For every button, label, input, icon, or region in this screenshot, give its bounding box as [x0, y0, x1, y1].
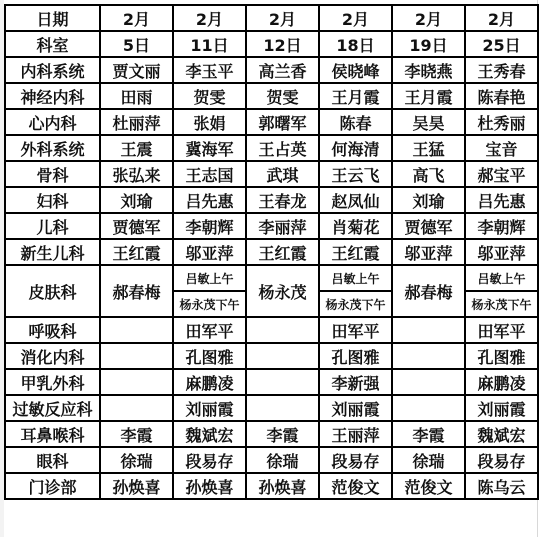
staff-cell[interactable]: 田军平	[465, 317, 538, 343]
staff-cell[interactable]: 高兰香	[246, 57, 319, 83]
dept-cell[interactable]: 过敏反应科	[5, 395, 100, 421]
staff-cell[interactable]	[246, 317, 319, 343]
table-row: 耳鼻喉科 李霞 魏斌宏 李霞 王丽萍 李霞 魏斌宏	[5, 421, 538, 447]
header-row-day: 科室 5日 11日 12日 18日 19日 25日	[5, 31, 538, 57]
staff-cell[interactable]: 陈春艳	[465, 83, 538, 109]
staff-cell[interactable]: 王月霞	[319, 83, 392, 109]
staff-cell[interactable]: 王红霞	[100, 239, 173, 265]
staff-cell[interactable]: 李朝辉	[465, 213, 538, 239]
staff-cell[interactable]	[246, 369, 319, 395]
staff-cell[interactable]: 刘丽霞	[319, 395, 392, 421]
staff-cell[interactable]: 贾德军	[100, 213, 173, 239]
staff-cell[interactable]: 杜丽萍	[100, 109, 173, 135]
staff-cell[interactable]: 段易存	[173, 447, 246, 473]
staff-cell[interactable]: 刘丽霞	[465, 395, 538, 421]
table-row: 妇科 刘瑜 吕先惠 王春龙 赵凤仙 刘瑜 吕先惠	[5, 187, 538, 213]
staff-cell[interactable]: 杨永茂	[246, 265, 319, 317]
staff-cell[interactable]	[392, 317, 465, 343]
month-cell[interactable]: 2月	[246, 5, 319, 31]
staff-cell[interactable]: 陈春	[319, 109, 392, 135]
staff-cell[interactable]: 王云飞	[319, 161, 392, 187]
table-row: 眼科 徐瑞 段易存 徐瑞 段易存 徐瑞 段易存	[5, 447, 538, 473]
staff-cell[interactable]: 李玉平	[173, 57, 246, 83]
staff-cell[interactable]: 田军平	[173, 317, 246, 343]
day-cell[interactable]: 18日	[319, 31, 392, 57]
staff-cell[interactable]: 张娟	[173, 109, 246, 135]
staff-cell[interactable]	[392, 369, 465, 395]
staff-cell[interactable]: 李朝辉	[173, 213, 246, 239]
staff-cell[interactable]: 李霞	[246, 421, 319, 447]
staff-cell[interactable]: 范俊文	[392, 473, 465, 499]
day-cell[interactable]: 25日	[465, 31, 538, 57]
dept-cell[interactable]: 甲乳外科	[5, 369, 100, 395]
table-row: 心内科 杜丽萍 张娟 郭曙军 陈春 吴昊 杜秀丽	[5, 109, 538, 135]
staff-cell[interactable]: 邬亚萍	[465, 239, 538, 265]
month-cell[interactable]: 2月	[319, 5, 392, 31]
dept-cell[interactable]: 新生儿科	[5, 239, 100, 265]
staff-cell[interactable]: 段易存	[319, 447, 392, 473]
table-row: 儿科 贾德军 李朝辉 李丽萍 肖菊花 贾德军 李朝辉	[5, 213, 538, 239]
staff-cell[interactable]: 冀海军	[173, 135, 246, 161]
staff-cell-pm[interactable]: 杨永茂下午	[319, 291, 392, 317]
staff-cell[interactable]: 郝春梅	[100, 265, 173, 317]
day-cell[interactable]: 12日	[246, 31, 319, 57]
header-date-label[interactable]: 日期	[5, 5, 100, 31]
staff-cell[interactable]: 徐瑞	[100, 447, 173, 473]
staff-cell[interactable]: 王占英	[246, 135, 319, 161]
staff-cell[interactable]: 魏斌宏	[173, 421, 246, 447]
staff-cell[interactable]: 何海清	[319, 135, 392, 161]
staff-cell[interactable]: 王春龙	[246, 187, 319, 213]
staff-cell[interactable]: 贺雯	[173, 83, 246, 109]
dept-cell[interactable]: 外科系统	[5, 135, 100, 161]
staff-cell[interactable]: 郭曙军	[246, 109, 319, 135]
staff-cell[interactable]: 徐瑞	[392, 447, 465, 473]
staff-cell[interactable]: 范俊文	[319, 473, 392, 499]
staff-cell[interactable]: 孔图雅	[319, 343, 392, 369]
day-cell[interactable]: 5日	[100, 31, 173, 57]
staff-cell[interactable]: 宝音	[465, 135, 538, 161]
staff-cell[interactable]	[392, 395, 465, 421]
staff-cell[interactable]	[100, 343, 173, 369]
staff-cell[interactable]: 贾德军	[392, 213, 465, 239]
staff-cell-am[interactable]: 吕敏上午	[319, 265, 392, 291]
staff-cell[interactable]: 吕先惠	[173, 187, 246, 213]
table-row: 神经内科 田雨 贺雯 贺雯 王月霞 王月霞 陈春艳	[5, 83, 538, 109]
month-cell[interactable]: 2月	[173, 5, 246, 31]
staff-cell[interactable]: 段易存	[465, 447, 538, 473]
dept-cell[interactable]: 儿科	[5, 213, 100, 239]
table-row: 门诊部 孙焕喜 孙焕喜 孙焕喜 范俊文 范俊文 陈乌云	[5, 473, 538, 499]
staff-cell[interactable]: 孙焕喜	[246, 473, 319, 499]
staff-cell[interactable]: 魏斌宏	[465, 421, 538, 447]
staff-cell[interactable]: 邬亚萍	[392, 239, 465, 265]
staff-cell[interactable]: 李新强	[319, 369, 392, 395]
day-cell[interactable]: 11日	[173, 31, 246, 57]
dept-cell[interactable]: 内科系统	[5, 57, 100, 83]
dept-cell[interactable]: 门诊部	[5, 473, 100, 499]
staff-cell[interactable]: 孔图雅	[465, 343, 538, 369]
table-row: 骨科 张弘来 王志国 武琪 王云飞 高飞 郝宝平	[5, 161, 538, 187]
table-row: 甲乳外科 麻鹏凌 李新强 麻鹏凌	[5, 369, 538, 395]
month-cell[interactable]: 2月	[100, 5, 173, 31]
staff-cell[interactable]: 麻鹏凌	[173, 369, 246, 395]
table-row: 内科系统 贾文丽 李玉平 高兰香 侯晓峰 李晓燕 王秀春	[5, 57, 538, 83]
staff-cell[interactable]: 赵凤仙	[319, 187, 392, 213]
staff-cell[interactable]: 王秀春	[465, 57, 538, 83]
staff-cell[interactable]: 田雨	[100, 83, 173, 109]
header-row-month: 日期 2月 2月 2月 2月 2月 2月	[5, 5, 538, 31]
staff-cell[interactable]: 王红霞	[319, 239, 392, 265]
staff-cell[interactable]: 吴昊	[392, 109, 465, 135]
staff-cell[interactable]: 张弘来	[100, 161, 173, 187]
staff-cell-pm[interactable]: 杨永茂下午	[465, 291, 538, 317]
month-cell[interactable]: 2月	[392, 5, 465, 31]
month-cell[interactable]: 2月	[465, 5, 538, 31]
staff-cell[interactable]: 武琪	[246, 161, 319, 187]
dept-cell[interactable]: 皮肤科	[5, 265, 100, 317]
staff-cell[interactable]: 李丽萍	[246, 213, 319, 239]
staff-cell[interactable]: 李霞	[100, 421, 173, 447]
staff-cell[interactable]: 李霞	[392, 421, 465, 447]
staff-cell[interactable]: 高飞	[392, 161, 465, 187]
staff-cell[interactable]: 贾文丽	[100, 57, 173, 83]
staff-cell-am[interactable]: 吕敏上午	[173, 265, 246, 291]
dept-cell[interactable]: 耳鼻喉科	[5, 421, 100, 447]
dept-cell[interactable]: 呼吸科	[5, 317, 100, 343]
staff-cell[interactable]	[100, 395, 173, 421]
table-row: 消化内科 孔图雅 孔图雅 孔图雅	[5, 343, 538, 369]
staff-cell[interactable]: 王猛	[392, 135, 465, 161]
dept-cell[interactable]: 眼科	[5, 447, 100, 473]
header-dept-label[interactable]: 科室	[5, 31, 100, 57]
staff-cell[interactable]: 孔图雅	[173, 343, 246, 369]
staff-cell[interactable]: 王志国	[173, 161, 246, 187]
staff-cell[interactable]: 陈乌云	[465, 473, 538, 499]
staff-cell[interactable]	[246, 395, 319, 421]
staff-cell[interactable]: 贺雯	[246, 83, 319, 109]
staff-cell[interactable]: 王丽萍	[319, 421, 392, 447]
table-row: 呼吸科 田军平 田军平 田军平	[5, 317, 538, 343]
staff-cell[interactable]: 杜秀丽	[465, 109, 538, 135]
day-cell[interactable]: 19日	[392, 31, 465, 57]
table-row: 过敏反应科 刘丽霞 刘丽霞 刘丽霞	[5, 395, 538, 421]
staff-cell[interactable]: 吕先惠	[465, 187, 538, 213]
staff-cell[interactable]: 刘瑜	[100, 187, 173, 213]
staff-cell[interactable]: 侯晓峰	[319, 57, 392, 83]
dept-cell[interactable]: 骨科	[5, 161, 100, 187]
dept-cell[interactable]: 神经内科	[5, 83, 100, 109]
staff-cell[interactable]: 麻鹏凌	[465, 369, 538, 395]
staff-cell-am[interactable]: 吕敏上午	[465, 265, 538, 291]
staff-cell[interactable]: 田军平	[319, 317, 392, 343]
table-row: 外科系统 王震 冀海军 王占英 何海清 王猛 宝音	[5, 135, 538, 161]
staff-cell[interactable]: 刘丽霞	[173, 395, 246, 421]
staff-cell[interactable]: 郝春梅	[392, 265, 465, 317]
table-row: 新生儿科 王红霞 邬亚萍 王红霞 王红霞 邬亚萍 邬亚萍	[5, 239, 538, 265]
dept-cell[interactable]: 心内科	[5, 109, 100, 135]
table-row-derm-am: 皮肤科 郝春梅 吕敏上午 杨永茂 吕敏上午 郝春梅 吕敏上午	[5, 265, 538, 291]
dept-cell[interactable]: 消化内科	[5, 343, 100, 369]
staff-cell[interactable]: 刘瑜	[392, 187, 465, 213]
staff-cell[interactable]: 孙焕喜	[173, 473, 246, 499]
duty-schedule-table: 日期 2月 2月 2月 2月 2月 2月 科室 5日 11日 12日 18日 1…	[4, 4, 539, 500]
staff-cell[interactable]	[100, 317, 173, 343]
staff-cell[interactable]: 孙焕喜	[100, 473, 173, 499]
staff-cell[interactable]: 王红霞	[246, 239, 319, 265]
dept-cell[interactable]: 妇科	[5, 187, 100, 213]
staff-cell[interactable]: 邬亚萍	[173, 239, 246, 265]
staff-cell[interactable]	[100, 369, 173, 395]
staff-cell[interactable]: 王震	[100, 135, 173, 161]
staff-cell[interactable]: 肖菊花	[319, 213, 392, 239]
staff-cell[interactable]: 王月霞	[392, 83, 465, 109]
staff-cell[interactable]	[392, 343, 465, 369]
staff-cell[interactable]: 徐瑞	[246, 447, 319, 473]
staff-cell-pm[interactable]: 杨永茂下午	[173, 291, 246, 317]
staff-cell[interactable]	[246, 343, 319, 369]
staff-cell[interactable]: 郝宝平	[465, 161, 538, 187]
staff-cell[interactable]: 李晓燕	[392, 57, 465, 83]
